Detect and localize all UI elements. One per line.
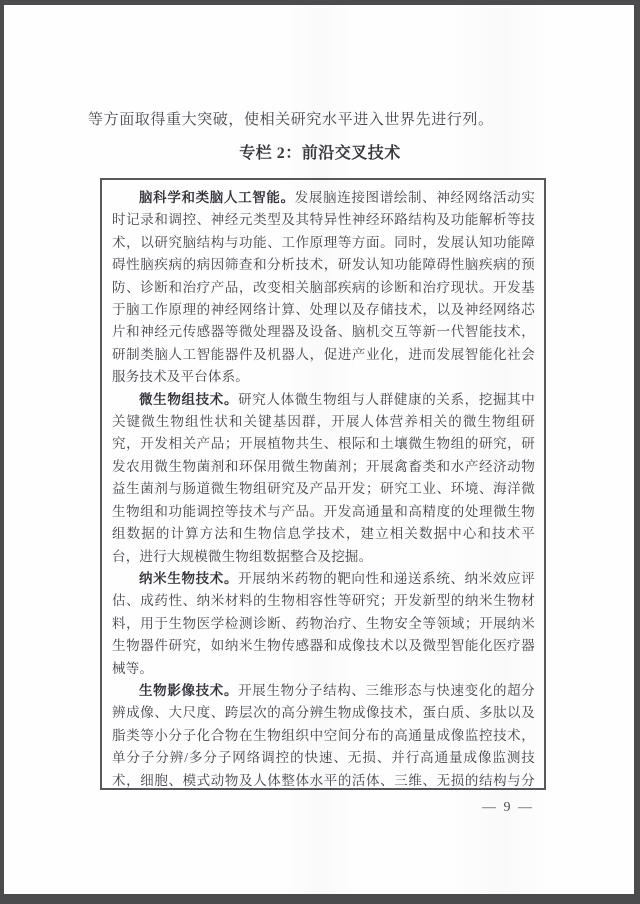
paragraph-lead: 脑科学和类脑人工智能。 [139,190,295,205]
page-number: — 9 — [0,800,640,816]
intro-text: 等方面取得重大突破，使相关研究水平进入世界先进行列。 [88,108,568,129]
scan-border-right [634,0,640,904]
paragraph-lead: 纳米生物技术。 [139,571,238,586]
box-paragraph: 生物影像技术。开展生物分子结构、三维形态与快速变化的超分辨成像、大尺度、跨层次的… [112,680,535,790]
box-paragraph: 微生物组技术。研究人体微生物组与人群健康的关系，挖掘其中关键微生物组性状和关键基… [112,389,535,568]
paragraph-body: 开展纳米药物的靶向性和递送系统、纳米效应评估、成药性、纳米材料的生物相容性等研究… [112,571,535,676]
scan-border-top [0,0,640,5]
paragraph-body: 开展生物分子结构、三维形态与快速变化的超分辨成像、大尺度、跨层次的高分辨生物成像… [112,683,535,790]
callout-box: 脑科学和类脑人工智能。发展脑连接图谱绘制、神经网络活动实时记录和调控、神经元类型… [100,178,546,790]
scan-border-left [0,0,4,904]
scanned-page: 等方面取得重大突破，使相关研究水平进入世界先进行列。 专栏 2：前沿交叉技术 脑… [0,0,640,904]
box-paragraph: 纳米生物技术。开展纳米药物的靶向性和递送系统、纳米效应评估、成药性、纳米材料的生… [112,568,535,680]
paragraph-body: 研究人体微生物组与人群健康的关系，挖掘其中关键微生物组性状和关键基因群，开展人体… [112,392,535,564]
box-title: 专栏 2：前沿交叉技术 [0,140,640,163]
paragraph-body: 发展脑连接图谱绘制、神经网络活动实时记录和调控、神经元类型及其特异性神经环路结构… [112,190,535,384]
scan-border-bottom [0,894,640,904]
box-paragraph: 脑科学和类脑人工智能。发展脑连接图谱绘制、神经网络活动实时记录和调控、神经元类型… [112,187,535,389]
paragraph-lead: 微生物组技术。 [139,392,238,407]
paragraph-lead: 生物影像技术。 [139,683,238,698]
